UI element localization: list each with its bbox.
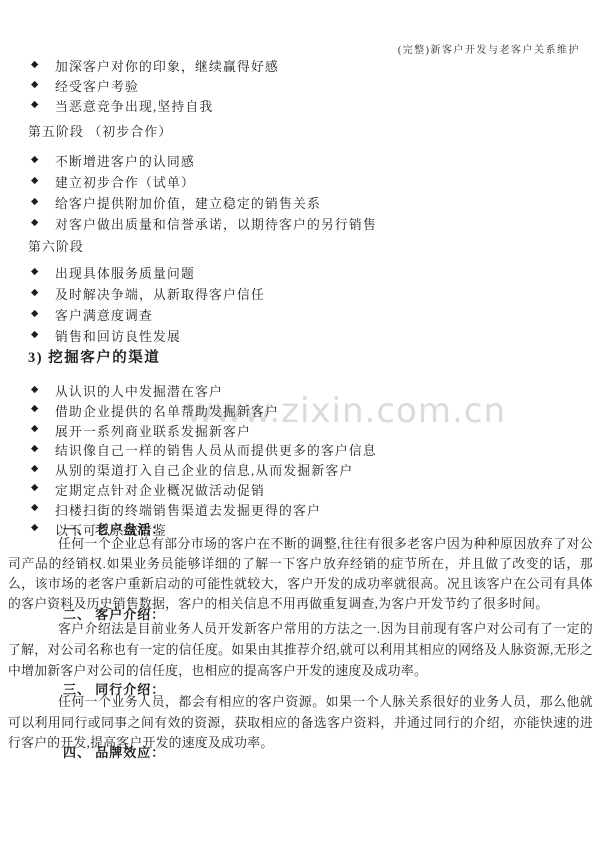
list-item: ◆展开一系列商业联系发掘新客户 bbox=[31, 421, 377, 441]
list-item-text: 对客户做出质量和信誉承诺，以期待客户的另行销售 bbox=[55, 214, 377, 233]
diamond-bullet-icon: ◆ bbox=[31, 421, 55, 435]
list-item-text: 客户满意度调查 bbox=[55, 305, 153, 324]
stage5-bullet-list: ◆不断增进客户的认同感 ◆建立初步合作（试单） ◆给客户提供附加价值，建立稳定的… bbox=[31, 151, 377, 235]
diamond-bullet-icon: ◆ bbox=[31, 284, 55, 298]
list-item: ◆定期定点针对企业概况做活动促销 bbox=[31, 480, 377, 500]
document-page: (完整)新客户开发与老客户关系维护 www.zixin.com.cn ◆加深客户… bbox=[0, 0, 600, 849]
list-item: ◆加深客户对你的印象，继续赢得好感 bbox=[31, 56, 279, 76]
diamond-bullet-icon: ◆ bbox=[31, 56, 55, 70]
list-item-text: 及时解决争端，从新取得客户信任 bbox=[55, 284, 265, 303]
list-item-text: 不断增进客户的认同感 bbox=[55, 151, 195, 170]
stage6-heading: 第六阶段 bbox=[28, 236, 84, 255]
list-item: ◆从别的渠道打入自己企业的信息,从而发掘新客户 bbox=[31, 460, 377, 480]
diamond-bullet-icon: ◆ bbox=[31, 263, 55, 277]
list-item-text: 经受客户考验 bbox=[55, 76, 139, 95]
list-item-text: 借助企业提供的名单帮助发掘新客户 bbox=[55, 401, 279, 420]
list-item-text: 当恶意竞争出现,坚持自我 bbox=[55, 96, 213, 115]
diamond-bullet-icon: ◆ bbox=[31, 460, 55, 474]
list-item: ◆建立初步合作（试单） bbox=[31, 172, 377, 193]
list-item: ◆销售和回访良性发展 bbox=[31, 326, 265, 347]
list-item-text: 结识像自己一样的销售人员从而提供更多的客户信息 bbox=[55, 440, 377, 459]
list-item-text: 展开一系列商业联系发掘新客户 bbox=[55, 421, 251, 440]
list-item-text: 销售和回访良性发展 bbox=[55, 326, 181, 345]
diamond-bullet-icon: ◆ bbox=[31, 151, 55, 165]
diamond-bullet-icon: ◆ bbox=[31, 96, 55, 110]
list-item-text: 从别的渠道打入自己企业的信息,从而发掘新客户 bbox=[55, 460, 353, 479]
diamond-bullet-icon: ◆ bbox=[31, 500, 55, 514]
diamond-bullet-icon: ◆ bbox=[31, 76, 55, 90]
diamond-bullet-icon: ◆ bbox=[31, 520, 55, 534]
stage5-heading: 第五阶段 （初步合作） bbox=[28, 121, 172, 140]
page-header-title: (完整)新客户开发与老客户关系维护 bbox=[398, 41, 580, 56]
list-item: ◆经受客户考验 bbox=[31, 76, 279, 96]
stage6-bullet-list: ◆出现具体服务质量问题 ◆及时解决争端，从新取得客户信任 ◆客户满意度调查 ◆销… bbox=[31, 263, 265, 347]
list-item: ◆借助企业提供的名单帮助发掘新客户 bbox=[31, 401, 377, 421]
diamond-bullet-icon: ◆ bbox=[31, 440, 55, 454]
list-item: ◆客户满意度调查 bbox=[31, 305, 265, 326]
diamond-bullet-icon: ◆ bbox=[31, 172, 55, 186]
list-item: ◆给客户提供附加价值，建立稳定的销售关系 bbox=[31, 193, 377, 214]
list-item: ◆从认识的人中发掘潜在客户 bbox=[31, 381, 377, 401]
method2-paragraph: 客户介绍法是目前业务人员开发新客户常用的方法之一.因为目前现有客户对公司有了一定… bbox=[8, 619, 593, 682]
diamond-bullet-icon: ◆ bbox=[31, 214, 55, 228]
list-item-text: 建立初步合作（试单） bbox=[55, 172, 195, 191]
diamond-bullet-icon: ◆ bbox=[31, 305, 55, 319]
list-item: ◆结识像自己一样的销售人员从而提供更多的客户信息 bbox=[31, 440, 377, 460]
list-item-text: 扫楼扫街的终端销售渠道去发掘更得的客户 bbox=[55, 500, 321, 519]
list-item-text: 定期定点针对企业概况做活动促销 bbox=[55, 480, 265, 499]
list-item-text: 给客户提供附加价值，建立稳定的销售关系 bbox=[55, 193, 321, 212]
list-item-text: 从认识的人中发掘潜在客户 bbox=[55, 381, 223, 400]
channels-bullet-list: ◆从认识的人中发掘潜在客户 ◆借助企业提供的名单帮助发掘新客户 ◆展开一系列商业… bbox=[31, 381, 377, 539]
list-item: ◆及时解决争端，从新取得客户信任 bbox=[31, 284, 265, 305]
diamond-bullet-icon: ◆ bbox=[31, 193, 55, 207]
list-item-text: 加深客户对你的印象，继续赢得好感 bbox=[55, 56, 279, 75]
diamond-bullet-icon: ◆ bbox=[31, 381, 55, 395]
list-item: ◆扫楼扫街的终端销售渠道去发掘更得的客户 bbox=[31, 500, 377, 520]
channels-section-heading: 3) 挖掘客户的渠道 bbox=[28, 346, 160, 367]
list-item: ◆出现具体服务质量问题 bbox=[31, 263, 265, 284]
intro-bullet-list: ◆加深客户对你的印象，继续赢得好感 ◆经受客户考验 ◆当恶意竞争出现,坚持自我 bbox=[31, 56, 279, 116]
diamond-bullet-icon: ◆ bbox=[31, 326, 55, 340]
method4-title: 四、 品牌效应： bbox=[63, 742, 165, 761]
method1-paragraph: 任何一个企业总有部分市场的客户在不断的调整,往往有很多老客户因为种种原因放弃了对… bbox=[8, 534, 593, 614]
diamond-bullet-icon: ◆ bbox=[31, 401, 55, 415]
list-item: ◆不断增进客户的认同感 bbox=[31, 151, 377, 172]
list-item-text: 出现具体服务质量问题 bbox=[55, 263, 195, 282]
diamond-bullet-icon: ◆ bbox=[31, 480, 55, 494]
list-item: ◆当恶意竞争出现,坚持自我 bbox=[31, 96, 279, 116]
list-item: ◆对客户做出质量和信誉承诺，以期待客户的另行销售 bbox=[31, 214, 377, 235]
